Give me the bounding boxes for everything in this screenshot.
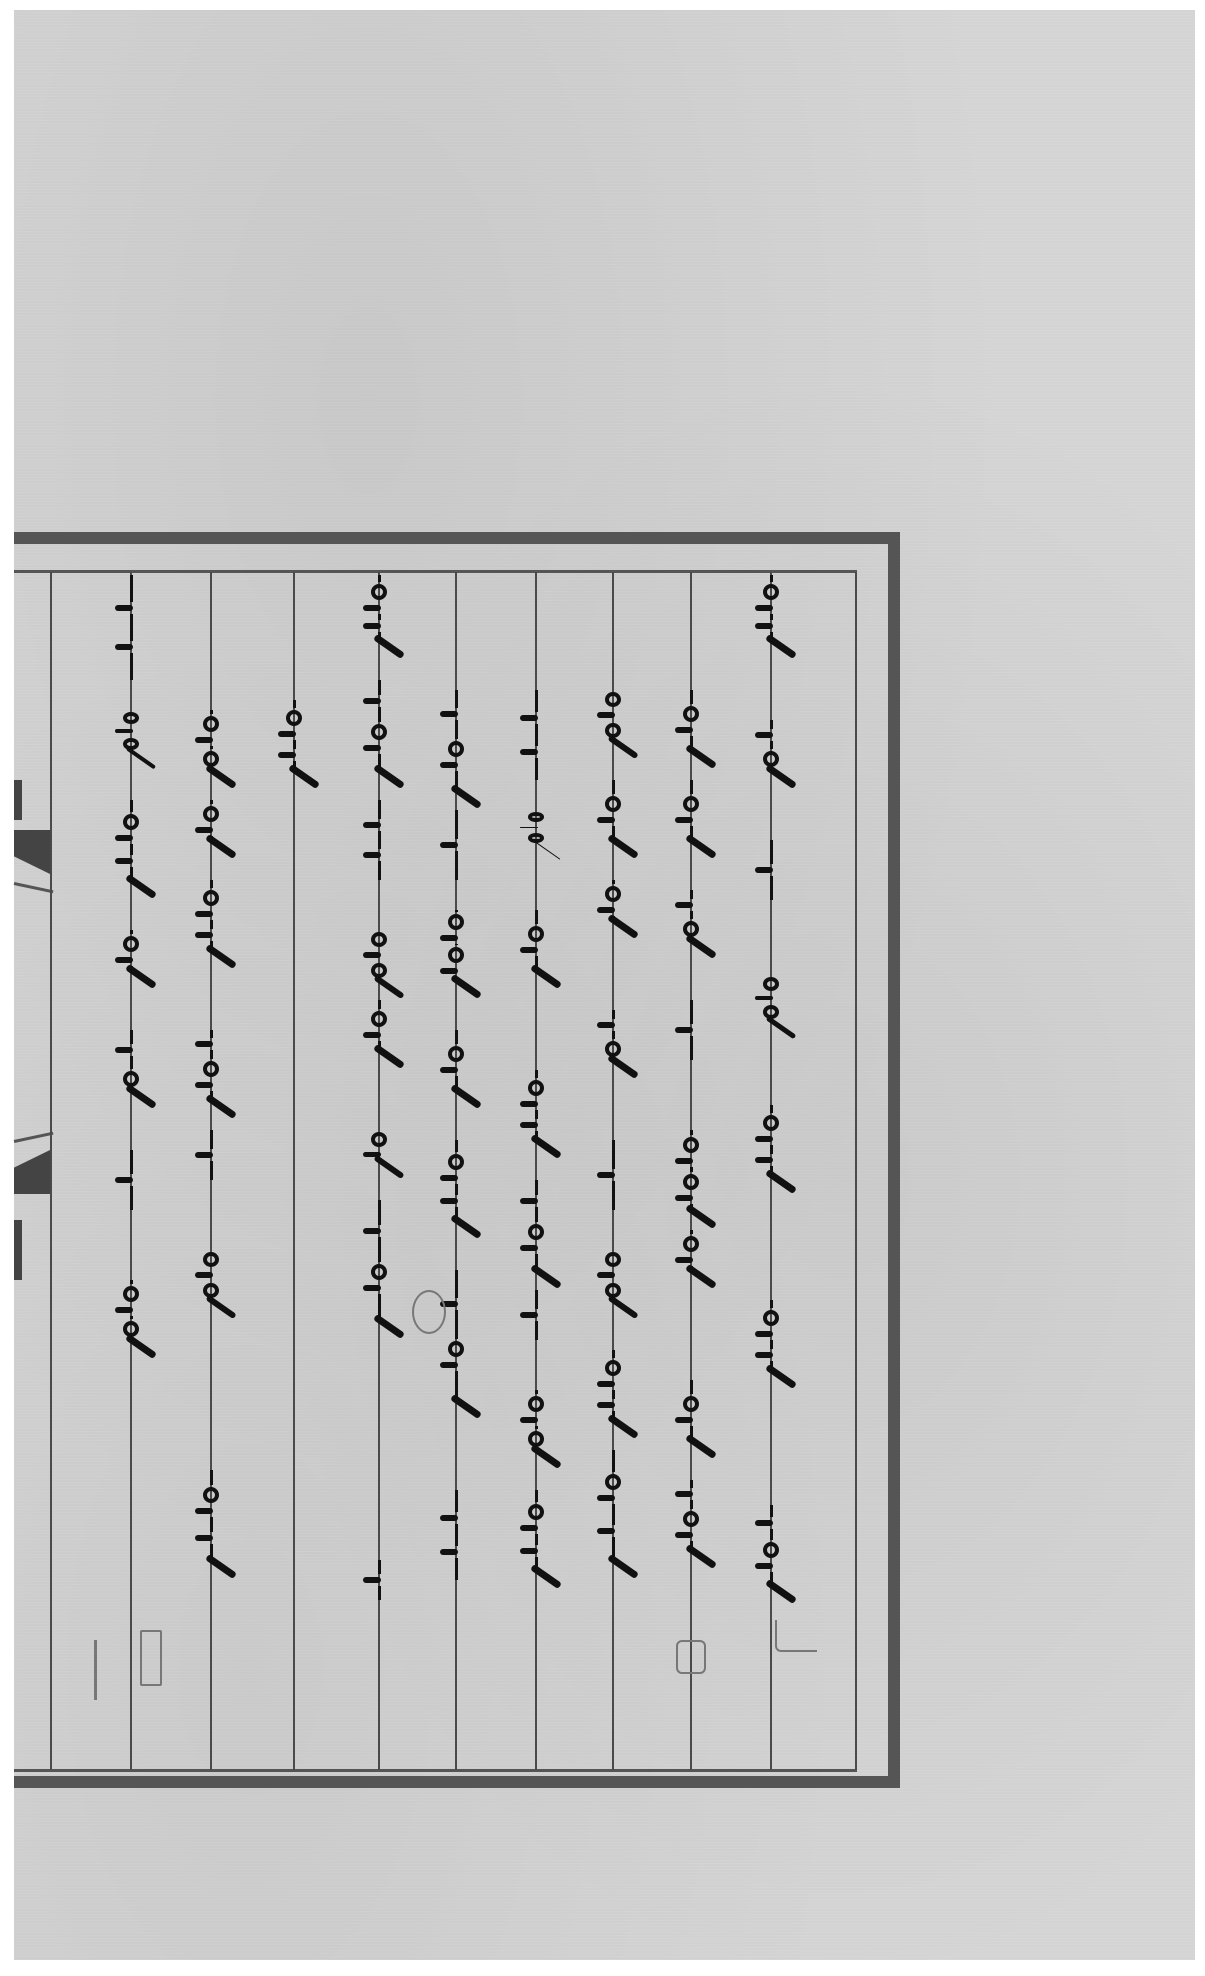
glyph-stroke bbox=[455, 1270, 458, 1298]
manchu-word bbox=[596, 780, 630, 850]
manchu-word bbox=[362, 800, 396, 880]
manchu-word bbox=[439, 1490, 473, 1580]
glyph-stroke bbox=[123, 712, 139, 724]
glyph-stroke bbox=[528, 1224, 544, 1240]
manchu-word bbox=[519, 1070, 553, 1150]
glyph-stroke bbox=[378, 707, 381, 722]
glyph-stroke bbox=[605, 886, 621, 902]
glyph-stroke bbox=[755, 1157, 773, 1163]
glyph-stroke bbox=[440, 711, 458, 717]
glyph-stroke bbox=[203, 1252, 219, 1267]
glyph-stroke bbox=[690, 780, 693, 794]
glyph-stroke bbox=[690, 1036, 693, 1060]
glyph-stroke bbox=[520, 827, 538, 828]
glyph-stroke bbox=[683, 796, 699, 812]
glyph-stroke bbox=[203, 1487, 219, 1503]
glyph-stroke bbox=[763, 977, 779, 991]
manchu-word bbox=[519, 690, 553, 780]
glyph-stroke bbox=[440, 1549, 458, 1555]
glyph-stroke bbox=[690, 911, 693, 920]
glyph-stroke bbox=[612, 1010, 615, 1019]
glyph-stroke bbox=[528, 1396, 544, 1412]
glyph-stroke bbox=[378, 680, 381, 695]
glyph-stroke bbox=[612, 1140, 615, 1169]
manchu-word bbox=[596, 1450, 630, 1570]
glyph-stroke bbox=[195, 1152, 213, 1158]
glyph-stroke bbox=[378, 800, 381, 819]
glyph-stroke bbox=[455, 1140, 458, 1152]
glyph-stroke bbox=[378, 861, 381, 880]
manchu-word bbox=[674, 1230, 708, 1280]
manchu-word bbox=[362, 1200, 396, 1330]
glyph-stroke bbox=[770, 720, 773, 729]
glyph-stroke bbox=[770, 1340, 773, 1348]
glyph-stroke bbox=[535, 1426, 538, 1430]
glyph-stroke bbox=[293, 700, 296, 708]
glyph-stroke bbox=[371, 1264, 387, 1280]
glyph-stroke bbox=[597, 817, 615, 823]
glyph-stroke bbox=[130, 1186, 133, 1210]
glyph-stroke bbox=[535, 724, 538, 746]
glyph-stroke bbox=[770, 1300, 773, 1308]
glyph-stroke bbox=[440, 1362, 458, 1368]
manchu-word bbox=[596, 1010, 630, 1070]
manchu-word bbox=[754, 1300, 788, 1380]
glyph-stroke bbox=[378, 1586, 381, 1600]
glyph-stroke bbox=[203, 806, 219, 822]
glyph-stroke bbox=[763, 1542, 779, 1558]
glyph-stroke bbox=[520, 715, 538, 721]
glyph-stroke bbox=[770, 741, 773, 750]
manchu-word bbox=[439, 690, 473, 800]
glyph-stroke bbox=[683, 706, 699, 722]
glyph-stroke bbox=[210, 800, 213, 804]
glyph-stroke bbox=[675, 1532, 693, 1538]
glyph-stroke bbox=[363, 1577, 381, 1583]
glyph-stroke bbox=[690, 1500, 693, 1508]
glyph-stroke bbox=[123, 1286, 139, 1302]
glyph-stroke bbox=[612, 1181, 615, 1210]
glyph-stroke bbox=[535, 1110, 538, 1118]
glyph-stroke bbox=[770, 1505, 773, 1517]
glyph-stroke bbox=[675, 817, 693, 823]
glyph-stroke bbox=[371, 584, 387, 600]
glyph-stroke bbox=[612, 1390, 615, 1398]
glyph-stroke bbox=[520, 1122, 538, 1128]
glyph-stroke bbox=[448, 1154, 464, 1170]
manchu-word bbox=[674, 690, 708, 760]
glyph-stroke bbox=[115, 957, 133, 963]
glyph-stroke bbox=[763, 1115, 779, 1131]
glyph-stroke bbox=[690, 1167, 693, 1172]
glyph-stroke bbox=[130, 653, 133, 680]
glyph-stroke bbox=[378, 1237, 381, 1262]
manchu-word bbox=[114, 1030, 148, 1100]
glyph-stroke bbox=[597, 1402, 615, 1408]
glyph-stroke bbox=[363, 1032, 381, 1038]
manchu-word bbox=[519, 1490, 553, 1580]
glyph-stroke bbox=[210, 880, 213, 888]
glyph-stroke bbox=[363, 698, 381, 704]
glyph-stroke bbox=[675, 1491, 693, 1497]
manchu-word bbox=[674, 890, 708, 950]
manchu-word bbox=[519, 910, 553, 980]
glyph-stroke bbox=[528, 1080, 544, 1096]
manchu-word bbox=[754, 1105, 788, 1185]
glyph-stroke bbox=[597, 1022, 615, 1028]
glyph-stroke bbox=[115, 1177, 133, 1183]
glyph-stroke bbox=[293, 740, 296, 748]
glyph-stroke bbox=[123, 814, 139, 830]
glyph-stroke bbox=[455, 944, 458, 946]
manchu-word bbox=[754, 1505, 788, 1595]
glyph-stroke bbox=[535, 758, 538, 780]
manchu-word bbox=[194, 880, 228, 960]
manchu-word bbox=[194, 1130, 228, 1180]
glyph-stroke bbox=[455, 810, 458, 839]
glyph-stroke bbox=[770, 614, 773, 621]
glyph-stroke bbox=[210, 920, 213, 928]
glyph-stroke bbox=[683, 1174, 699, 1190]
glyph-stroke bbox=[528, 1504, 544, 1520]
glyph-stroke bbox=[363, 1228, 381, 1234]
glyph-stroke bbox=[371, 1011, 387, 1027]
glyph-stroke bbox=[440, 762, 458, 768]
glyph-stroke bbox=[770, 840, 773, 864]
glyph-stroke bbox=[448, 914, 464, 930]
glyph-stroke bbox=[378, 575, 381, 582]
glyph-stroke bbox=[763, 584, 779, 600]
glyph-stroke bbox=[210, 710, 213, 714]
glyph-stroke bbox=[770, 1105, 773, 1113]
glyph-stroke bbox=[535, 690, 538, 712]
glyph-stroke bbox=[363, 852, 381, 858]
glyph-stroke bbox=[755, 1352, 773, 1358]
manchu-word bbox=[754, 975, 788, 1030]
manchu-word bbox=[596, 1250, 630, 1310]
column-rule-line bbox=[855, 572, 857, 1770]
correction-mark-hook bbox=[775, 1620, 817, 1652]
glyph-stroke bbox=[440, 1515, 458, 1521]
glyph-stroke bbox=[378, 614, 381, 621]
glyph-stroke bbox=[597, 1495, 615, 1501]
glyph-stroke bbox=[675, 1257, 693, 1263]
manchu-word bbox=[114, 930, 148, 980]
glyph-stroke bbox=[535, 1390, 538, 1394]
glyph-stroke bbox=[130, 800, 133, 812]
glyph-stroke bbox=[115, 605, 133, 611]
glyph-stroke bbox=[130, 1150, 133, 1174]
glyph-stroke bbox=[520, 1548, 538, 1554]
glyph-stroke bbox=[520, 1417, 538, 1423]
glyph-stroke bbox=[278, 752, 296, 758]
glyph-stroke bbox=[605, 1360, 621, 1376]
glyph-stroke bbox=[210, 1130, 213, 1149]
manchu-word bbox=[362, 1000, 396, 1060]
glyph-stroke bbox=[535, 1207, 538, 1222]
glyph-stroke bbox=[755, 1331, 773, 1337]
glyph-stroke bbox=[528, 812, 544, 822]
glyph-stroke bbox=[675, 1417, 693, 1423]
manchu-word bbox=[596, 690, 630, 750]
glyph-stroke bbox=[455, 690, 458, 708]
glyph-stroke bbox=[440, 1198, 458, 1204]
glyph-stroke bbox=[440, 842, 458, 848]
glyph-stroke bbox=[440, 935, 458, 941]
correction-mark-box bbox=[140, 1630, 162, 1686]
glyph-stroke bbox=[195, 1272, 213, 1277]
glyph-stroke bbox=[675, 1158, 693, 1164]
glyph-stroke bbox=[520, 1101, 538, 1107]
glyph-stroke bbox=[535, 910, 538, 924]
manchu-word bbox=[439, 1140, 473, 1230]
glyph-stroke bbox=[683, 1236, 699, 1252]
manchu-word bbox=[754, 840, 788, 900]
manchu-word bbox=[362, 575, 396, 650]
manchu-word bbox=[194, 1030, 228, 1110]
glyph-stroke bbox=[520, 1525, 538, 1531]
glyph-stroke bbox=[535, 1070, 538, 1078]
glyph-stroke bbox=[455, 1184, 458, 1196]
glyph-stroke bbox=[115, 729, 133, 732]
glyph-stroke bbox=[378, 831, 381, 850]
glyph-stroke bbox=[363, 623, 381, 629]
glyph-stroke bbox=[520, 749, 538, 755]
glyph-stroke bbox=[210, 746, 213, 750]
glyph-stroke bbox=[371, 724, 387, 740]
glyph-stroke bbox=[763, 1310, 779, 1326]
glyph-stroke bbox=[210, 1050, 213, 1058]
glyph-stroke bbox=[210, 1030, 213, 1038]
glyph-stroke bbox=[448, 947, 464, 963]
glyph-stroke bbox=[455, 1310, 458, 1338]
manchu-word bbox=[674, 1130, 708, 1220]
glyph-stroke bbox=[195, 1508, 213, 1514]
glyph-stroke bbox=[770, 876, 773, 900]
manchu-word bbox=[519, 1180, 553, 1280]
glyph-stroke bbox=[378, 1200, 381, 1225]
manchu-word bbox=[194, 1250, 228, 1310]
manchu-word bbox=[754, 720, 788, 780]
glyph-stroke bbox=[597, 712, 615, 717]
glyph-stroke bbox=[195, 932, 213, 938]
glyph-stroke bbox=[683, 1511, 699, 1527]
glyph-stroke bbox=[363, 1285, 381, 1291]
glyph-stroke bbox=[448, 1046, 464, 1062]
glyph-stroke bbox=[363, 605, 381, 611]
manchu-word bbox=[519, 1390, 553, 1460]
glyph-stroke bbox=[115, 1047, 133, 1053]
manchu-word bbox=[754, 575, 788, 650]
glyph-stroke bbox=[690, 1130, 693, 1135]
glyph-stroke bbox=[195, 1082, 213, 1088]
glyph-stroke bbox=[455, 910, 458, 912]
glyph-stroke bbox=[535, 1321, 538, 1340]
glyph-stroke bbox=[371, 932, 387, 947]
glyph-stroke bbox=[597, 1172, 615, 1178]
glyph-stroke bbox=[203, 1061, 219, 1077]
glyph-stroke bbox=[440, 1067, 458, 1073]
glyph-stroke bbox=[755, 1563, 773, 1569]
glyph-stroke bbox=[755, 623, 773, 629]
glyph-stroke bbox=[597, 1272, 615, 1277]
glyph-stroke bbox=[520, 947, 538, 953]
glyph-stroke bbox=[115, 858, 133, 864]
glyph-stroke bbox=[448, 1341, 464, 1357]
manchu-word bbox=[114, 575, 148, 680]
glyph-stroke bbox=[455, 720, 458, 738]
glyph-stroke bbox=[130, 575, 133, 602]
glyph-stroke bbox=[363, 952, 381, 957]
manchu-word bbox=[439, 810, 473, 880]
glyph-stroke bbox=[195, 1535, 213, 1541]
glyph-stroke bbox=[363, 822, 381, 828]
manchu-word bbox=[114, 1280, 148, 1350]
manchu-word bbox=[362, 1560, 396, 1600]
glyph-stroke bbox=[605, 692, 621, 707]
glyph-stroke bbox=[597, 1381, 615, 1387]
glyph-stroke bbox=[130, 1280, 133, 1284]
glyph-stroke bbox=[195, 827, 213, 833]
glyph-stroke bbox=[612, 880, 615, 884]
glyph-stroke bbox=[528, 926, 544, 942]
glyph-stroke bbox=[612, 1350, 615, 1358]
glyph-stroke bbox=[455, 1030, 458, 1044]
glyph-stroke bbox=[690, 1480, 693, 1488]
glyph-stroke bbox=[203, 716, 219, 732]
glyph-stroke bbox=[130, 1030, 133, 1044]
glyph-stroke bbox=[440, 968, 458, 974]
glyph-stroke bbox=[210, 1517, 213, 1532]
manchu-word bbox=[114, 1150, 148, 1210]
glyph-stroke bbox=[378, 1560, 381, 1574]
glyph-stroke bbox=[605, 1474, 621, 1490]
manchu-word bbox=[194, 800, 228, 850]
glyph-stroke bbox=[130, 930, 133, 934]
glyph-stroke bbox=[130, 1316, 133, 1320]
glyph-stroke bbox=[378, 1000, 381, 1009]
glyph-stroke bbox=[130, 614, 133, 641]
glyph-stroke bbox=[195, 911, 213, 917]
manchu-word bbox=[194, 710, 228, 780]
glyph-stroke bbox=[690, 1380, 693, 1394]
manchu-word bbox=[519, 810, 553, 850]
glyph-stroke bbox=[363, 745, 381, 751]
glyph-stroke bbox=[675, 1027, 693, 1033]
glyph-stroke bbox=[535, 1180, 538, 1195]
glyph-stroke bbox=[755, 1520, 773, 1526]
glyph-stroke bbox=[755, 1136, 773, 1142]
manchu-word bbox=[362, 680, 396, 780]
manchu-word bbox=[674, 1000, 708, 1060]
manchu-word bbox=[194, 1470, 228, 1570]
glyph-stroke bbox=[130, 844, 133, 856]
marginal-note bbox=[94, 1640, 107, 1700]
glyph-stroke bbox=[203, 890, 219, 906]
glyph-stroke bbox=[455, 851, 458, 880]
glyph-stroke bbox=[278, 731, 296, 737]
correction-mark-box bbox=[676, 1640, 706, 1674]
manchu-word bbox=[362, 1130, 396, 1170]
glyph-stroke bbox=[210, 1470, 213, 1485]
glyph-stroke bbox=[520, 1312, 538, 1318]
glyph-stroke bbox=[605, 796, 621, 812]
glyph-stroke bbox=[520, 1198, 538, 1204]
manchu-word bbox=[439, 1030, 473, 1100]
glyph-stroke bbox=[690, 1000, 693, 1024]
glyph-stroke bbox=[440, 1175, 458, 1181]
glyph-stroke bbox=[755, 996, 773, 1000]
glyph-stroke bbox=[612, 1450, 615, 1472]
glyph-stroke bbox=[690, 890, 693, 899]
glyph-stroke bbox=[597, 1528, 615, 1534]
manchu-word bbox=[596, 1140, 630, 1210]
correction-mark-circle bbox=[412, 1290, 446, 1334]
glyph-stroke bbox=[455, 1490, 458, 1512]
glyph-stroke bbox=[770, 1145, 773, 1153]
glyph-stroke bbox=[520, 1245, 538, 1251]
manchu-word bbox=[596, 1350, 630, 1430]
glyph-stroke bbox=[770, 1529, 773, 1541]
manchu-word bbox=[439, 1270, 473, 1410]
manchu-word bbox=[362, 930, 396, 990]
glyph-stroke bbox=[597, 907, 615, 913]
glyph-stroke bbox=[605, 1252, 621, 1267]
manchu-word bbox=[114, 800, 148, 890]
glyph-stroke bbox=[455, 1524, 458, 1546]
glyph-stroke bbox=[612, 780, 615, 794]
manchu-word bbox=[439, 910, 473, 990]
manchu-word bbox=[277, 700, 311, 780]
manchu-word bbox=[674, 1480, 708, 1560]
glyph-stroke bbox=[612, 1031, 615, 1040]
manchu-word bbox=[674, 1380, 708, 1450]
glyph-stroke bbox=[455, 1558, 458, 1580]
manchu-word bbox=[674, 780, 708, 850]
glyph-stroke bbox=[770, 575, 773, 582]
glyph-stroke bbox=[130, 1056, 133, 1070]
glyph-stroke bbox=[210, 1161, 213, 1180]
column-rule-line bbox=[50, 572, 52, 1770]
glyph-stroke bbox=[755, 605, 773, 611]
glyph-stroke bbox=[115, 1307, 133, 1313]
glyph-stroke bbox=[675, 902, 693, 908]
glyph-stroke bbox=[535, 1490, 538, 1502]
glyph-stroke bbox=[371, 1132, 387, 1147]
glyph-stroke bbox=[755, 732, 773, 738]
glyph-stroke bbox=[195, 1041, 213, 1047]
glyph-stroke bbox=[286, 710, 302, 726]
glyph-stroke bbox=[115, 835, 133, 841]
manchu-word bbox=[596, 880, 630, 930]
glyph-stroke bbox=[675, 1195, 693, 1201]
glyph-stroke bbox=[683, 1396, 699, 1412]
glyph-stroke bbox=[535, 1534, 538, 1546]
glyph-stroke bbox=[195, 737, 213, 743]
glyph-stroke bbox=[690, 690, 693, 704]
manchu-word bbox=[114, 710, 148, 760]
glyph-stroke bbox=[755, 867, 773, 873]
glyph-stroke bbox=[448, 741, 464, 757]
glyph-stroke bbox=[690, 1230, 693, 1234]
manchu-word bbox=[519, 1290, 553, 1340]
glyph-stroke bbox=[675, 727, 693, 733]
glyph-stroke bbox=[535, 1290, 538, 1309]
glyph-stroke bbox=[683, 1137, 699, 1153]
glyph-stroke bbox=[612, 1504, 615, 1526]
glyph-stroke bbox=[123, 936, 139, 952]
glyph-stroke bbox=[115, 644, 133, 650]
